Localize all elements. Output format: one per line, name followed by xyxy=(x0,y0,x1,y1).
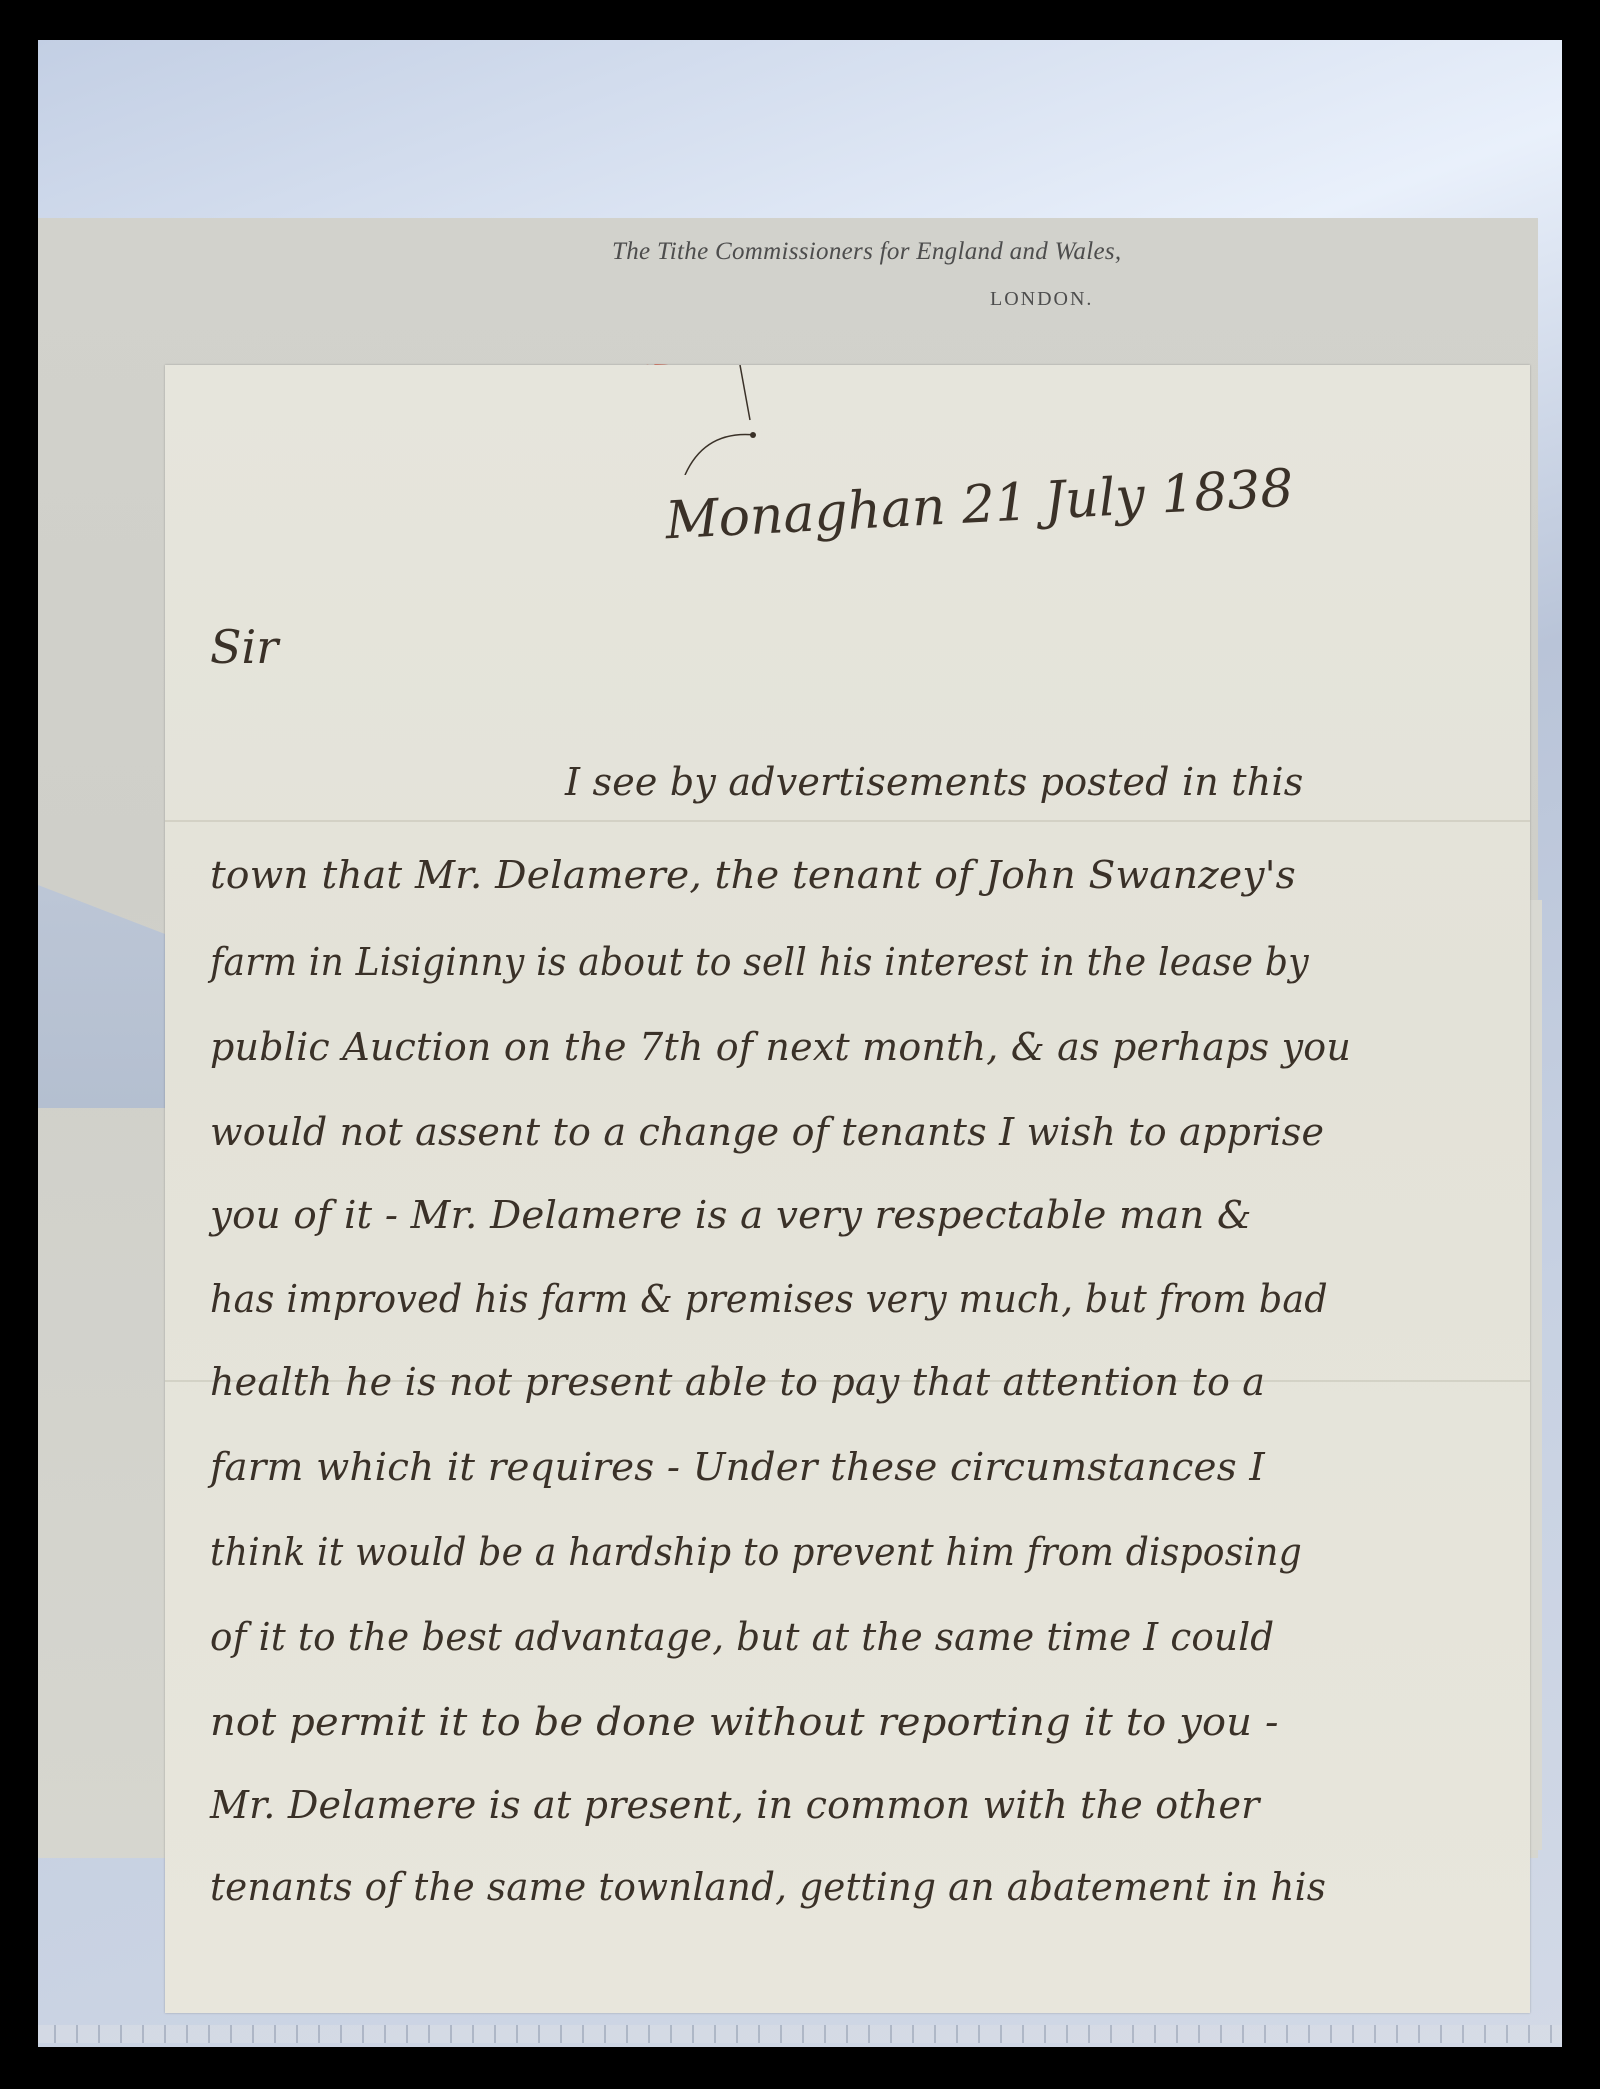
letter-line: health he is not present able to pay tha… xyxy=(210,1360,1265,1404)
letter-line: not permit it to be done without reporti… xyxy=(210,1700,1279,1744)
envelope-address-line-1: The Tithe Commissioners for England and … xyxy=(612,238,1372,266)
letter-page: Monaghan 21 July 1838 Sir I see by adver… xyxy=(165,365,1530,2013)
letter-line: public Auction on the 7th of next month,… xyxy=(210,1025,1351,1069)
letter-line: Mr. Delamere is at present, in common wi… xyxy=(210,1783,1260,1827)
letter-line: has improved his farm & premises very mu… xyxy=(210,1277,1328,1321)
letter-line: would not assent to a change of tenants … xyxy=(210,1110,1324,1154)
envelope-address-line-2: LONDON. xyxy=(990,288,1093,311)
letter-line: of it to the best advantage, but at the … xyxy=(210,1615,1274,1659)
letter-line: farm which it requires - Under these cir… xyxy=(210,1445,1265,1489)
envelope-edge xyxy=(1528,900,1542,1850)
letter-line: you of it - Mr. Delamere is a very respe… xyxy=(210,1193,1252,1237)
sleeve-perforation xyxy=(38,2025,1562,2043)
salutation: Sir xyxy=(210,620,278,674)
letter-line: town that Mr. Delamere, the tenant of Jo… xyxy=(210,853,1296,897)
letter-line: think it would be a hardship to prevent … xyxy=(210,1530,1302,1574)
letter-line: farm in Lisiginny is about to sell his i… xyxy=(210,940,1309,984)
letter-line: I see by advertisements posted in this xyxy=(565,760,1303,804)
fold-crease xyxy=(165,820,1530,822)
pen-flourish-icon xyxy=(665,365,785,475)
letter-line: tenants of the same townland, getting an… xyxy=(210,1865,1326,1909)
